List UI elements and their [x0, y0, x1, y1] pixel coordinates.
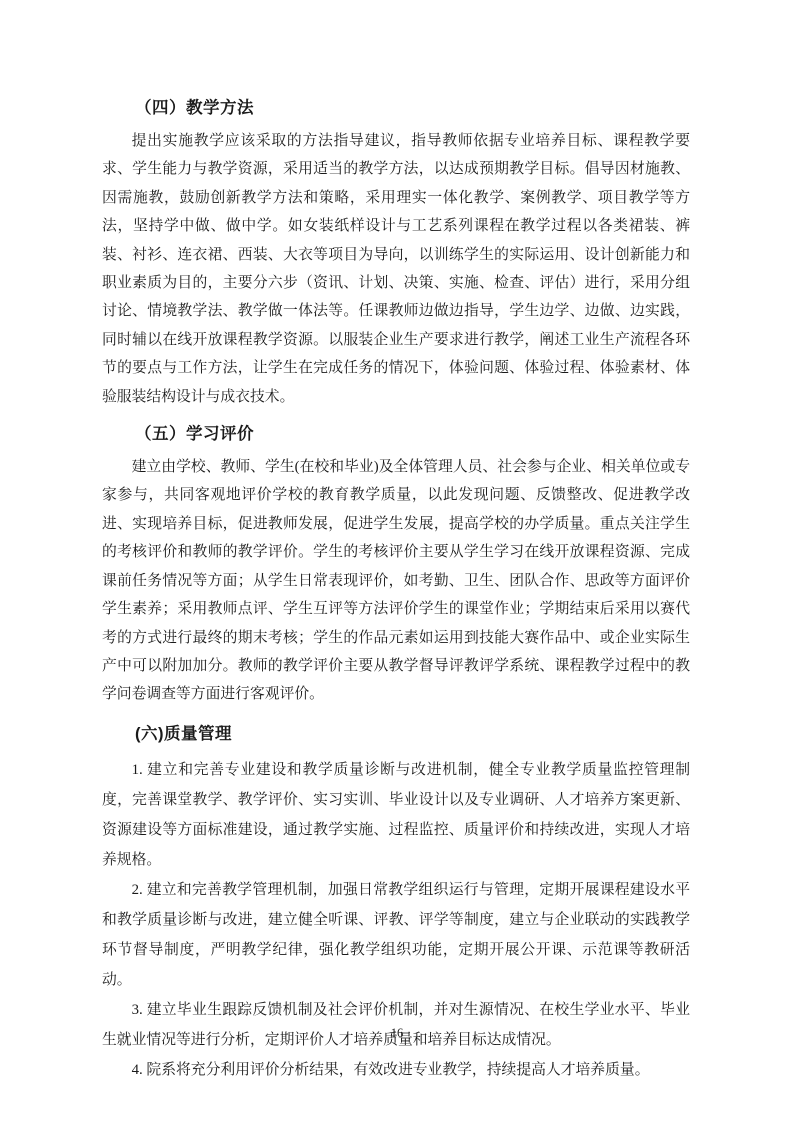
page-number: 16	[0, 1026, 794, 1041]
section-heading-quality-management: (六)质量管理	[102, 722, 690, 746]
paragraph-quality-item-3: 3. 建立毕业生跟踪反馈机制及社会评价机制，并对生源情况、在校生学业水平、毕业生…	[102, 995, 690, 1055]
document-content: （四）教学方法 提出实施教学应该采取的方法指导建议，指导教师依据专业培养目标、课…	[0, 0, 794, 1085]
section-learning-evaluation: （五）学习评价 建立由学校、教师、学生(在校和毕业)及全体管理人员、社会参与企业…	[102, 422, 690, 709]
paragraph-learning-evaluation: 建立由学校、教师、学生(在校和毕业)及全体管理人员、社会参与企业、相关单位或专家…	[102, 453, 690, 709]
paragraph-quality-item-4: 4. 院系将充分利用评价分析结果，有效改进专业教学，持续提高人才培养质量。	[102, 1055, 690, 1085]
section-teaching-methods: （四）教学方法 提出实施教学应该采取的方法指导建议，指导教师依据专业培养目标、课…	[102, 96, 690, 411]
paragraph-quality-item-2: 2. 建立和完善教学管理机制，加强日常教学组织运行与管理，定期开展课程建设水平和…	[102, 875, 690, 995]
section-heading-teaching-methods: （四）教学方法	[102, 96, 690, 120]
document-page: （四）教学方法 提出实施教学应该采取的方法指导建议，指导教师依据专业培养目标、课…	[0, 0, 794, 1123]
paragraph-teaching-methods: 提出实施教学应该采取的方法指导建议，指导教师依据专业培养目标、课程教学要求、学生…	[102, 127, 690, 411]
section-heading-learning-evaluation: （五）学习评价	[102, 422, 690, 446]
paragraph-quality-item-1: 1. 建立和完善专业建设和教学质量诊断与改进机制，健全专业教学质量监控管理制度，…	[102, 755, 690, 875]
